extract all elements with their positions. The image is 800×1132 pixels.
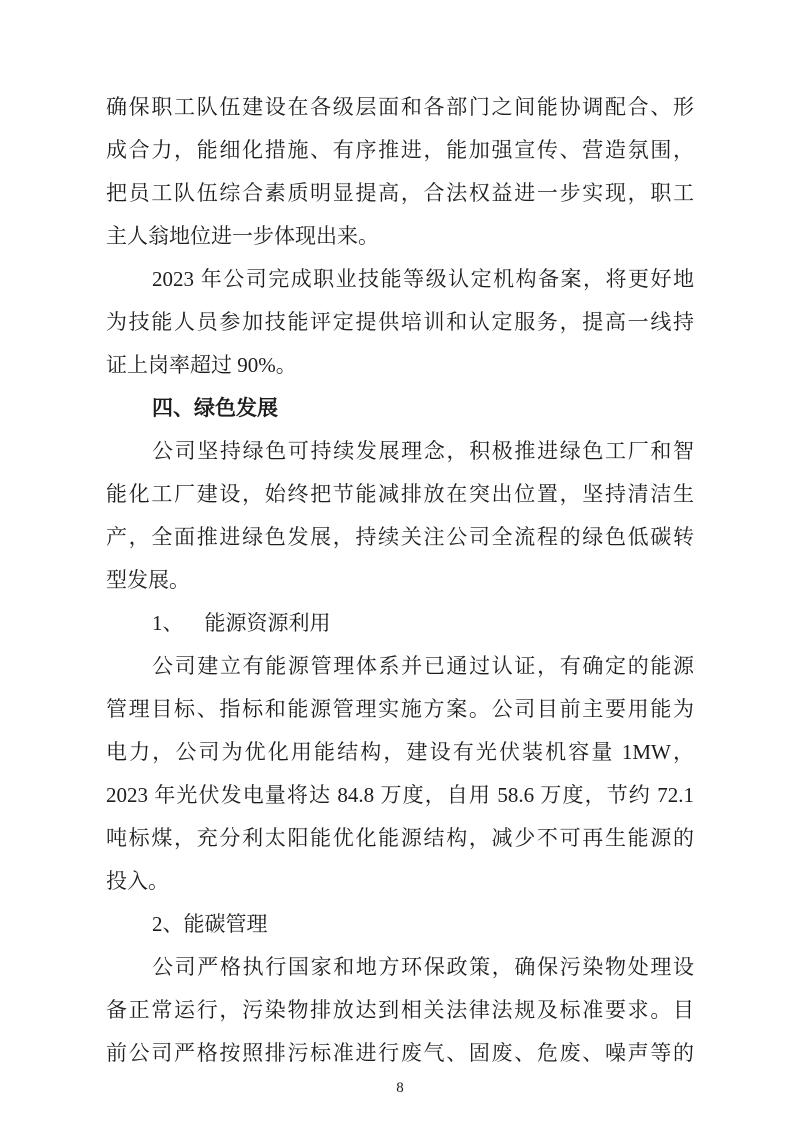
text-line: 备正常运行，污染物排放达到相关法律法规及标准要求。目 [106, 989, 694, 1032]
text-line: 公司坚持绿色可持续发展理念，积极推进绿色工厂和智 [106, 430, 694, 473]
text-line: 能化工厂建设，始终把节能减排放在突出位置，坚持清洁生 [106, 473, 694, 516]
text-line: 前公司严格按照排污标准进行废气、固废、危废、噪声等的 [106, 1032, 694, 1075]
text-line: 投入。 [106, 860, 694, 903]
text-line: 公司严格执行国家和地方环保政策，确保污染物处理设 [106, 946, 694, 989]
document-page: 确保职工队伍建设在各级层面和各部门之间能协调配合、形成合力，能细化措施、有序推进… [0, 0, 800, 1132]
text-line: 电力，公司为优化用能结构，建设有光伏装机容量 1MW， [106, 731, 694, 774]
text-line: 吨标煤，充分利太阳能优化能源结构，减少不可再生能源的 [106, 817, 694, 860]
section-heading: 四、绿色发展 [106, 387, 694, 430]
text-line: 2023 年公司完成职业技能等级认定机构备案，将更好地 [106, 258, 694, 301]
text-line: 证上岗率超过 90%。 [106, 344, 694, 387]
subsection-heading: 2、能碳管理 [106, 903, 694, 946]
text-line: 成合力，能细化措施、有序推进，能加强宣传、营造氛围， [106, 129, 694, 172]
text-line: 确保职工队伍建设在各级层面和各部门之间能协调配合、形 [106, 86, 694, 129]
page-number: 8 [0, 1078, 800, 1098]
text-line: 为技能人员参加技能评定提供培训和认定服务，提高一线持 [106, 301, 694, 344]
document-body: 确保职工队伍建设在各级层面和各部门之间能协调配合、形成合力，能细化措施、有序推进… [106, 86, 694, 1075]
text-line: 2023 年光伏发电量将达 84.8 万度，自用 58.6 万度，节约 72.1 [106, 774, 694, 817]
text-line: 主人翁地位进一步体现出来。 [106, 215, 694, 258]
text-line: 产，全面推进绿色发展，持续关注公司全流程的绿色低碳转 [106, 516, 694, 559]
text-line: 公司建立有能源管理体系并已通过认证，有确定的能源 [106, 645, 694, 688]
text-line: 把员工队伍综合素质明显提高，合法权益进一步实现，职工 [106, 172, 694, 215]
text-line: 型发展。 [106, 559, 694, 602]
text-line: 管理目标、指标和能源管理实施方案。公司目前主要用能为 [106, 688, 694, 731]
subsection-heading: 1、 能源资源利用 [106, 602, 694, 645]
